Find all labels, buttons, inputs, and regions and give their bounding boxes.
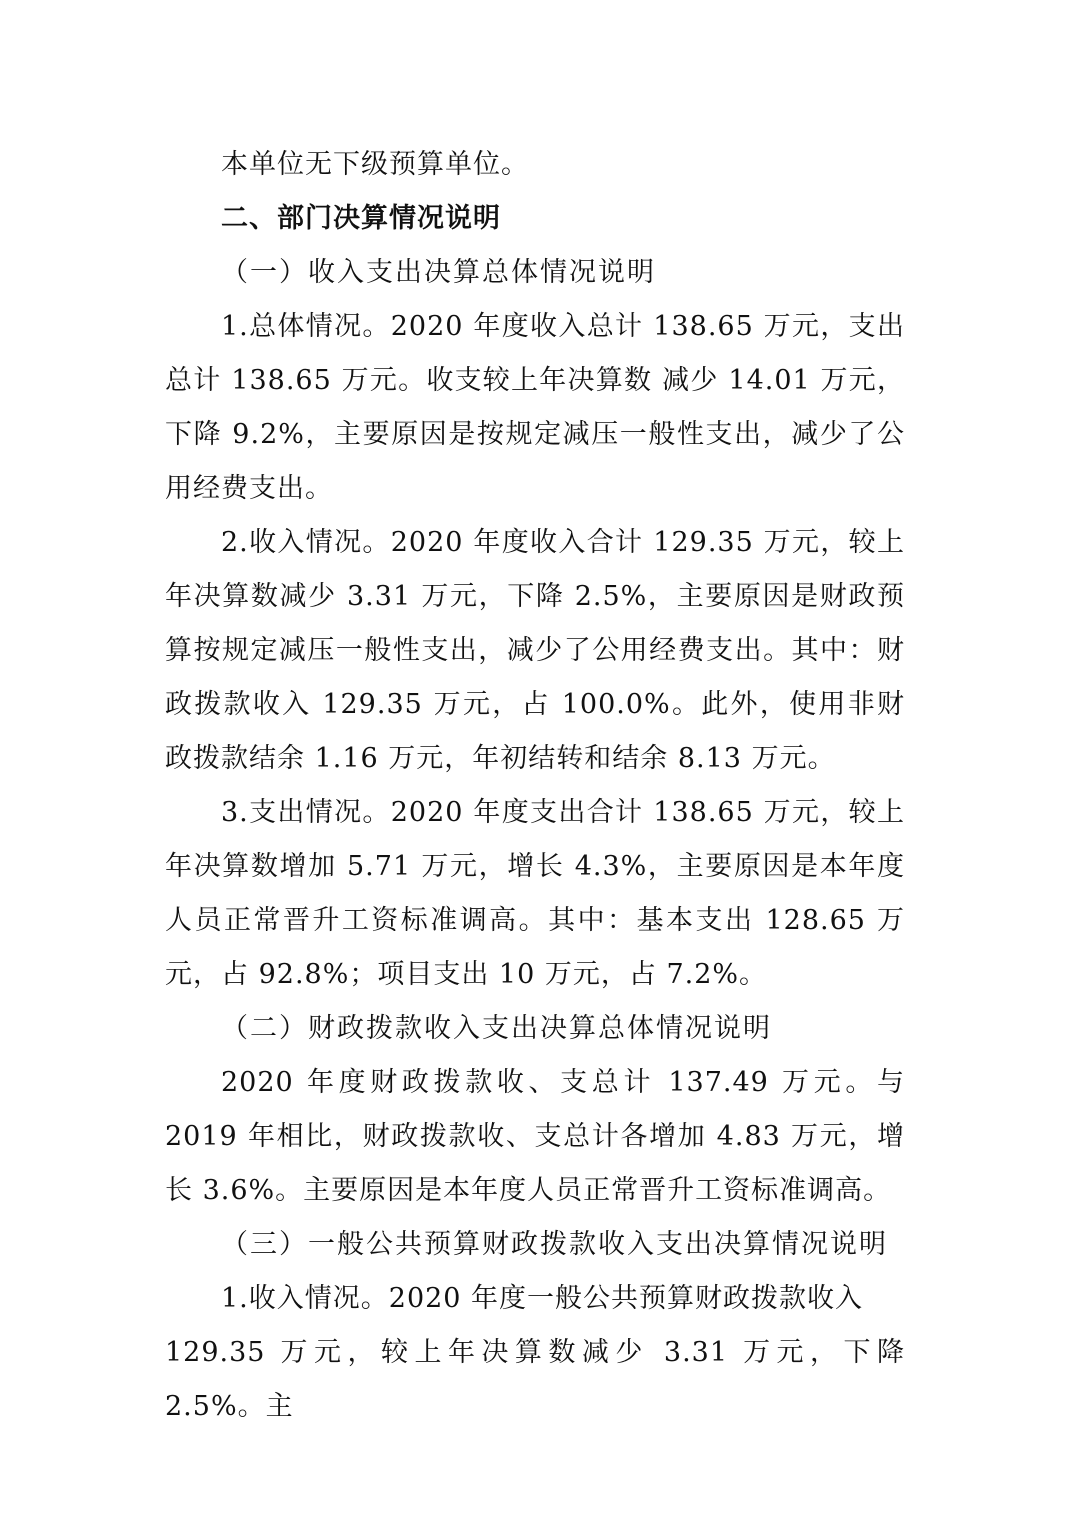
subsection-title-1: （一）收入支出决算总体情况说明 [165,246,905,300]
paragraph-income: 2.收入情况。2020 年度收入合计 129.35 万元，较上年决算数减少 3.… [165,516,905,786]
subsection-title-3: （三）一般公共预算财政拨款收入支出决算情况说明 [165,1218,905,1272]
paragraph-general-budget-income: 1.收入情况。2020 年度一般公共预算财政拨款收入 [165,1272,905,1326]
paragraph-general-budget-income-cont: 129.35 万元，较上年决算数减少 3.31 万元，下降 2.5%。主 [165,1326,905,1434]
paragraph-expenditure: 3.支出情况。2020 年度支出合计 138.65 万元，较上年决算数增加 5.… [165,786,905,1002]
subsection-title-2: （二）财政拨款收入支出决算总体情况说明 [165,1002,905,1056]
document-page: 本单位无下级预算单位。 二、部门决算情况说明 （一）收入支出决算总体情况说明 1… [165,138,905,1434]
intro-line: 本单位无下级预算单位。 [165,138,905,192]
paragraph-overall: 1.总体情况。2020 年度收入总计 138.65 万元，支出总计 138.65… [165,300,905,516]
paragraph-fiscal-appropriation: 2020 年度财政拨款收、支总计 137.49 万元。与 2019 年相比，财政… [165,1056,905,1218]
section-title: 二、部门决算情况说明 [165,192,905,246]
